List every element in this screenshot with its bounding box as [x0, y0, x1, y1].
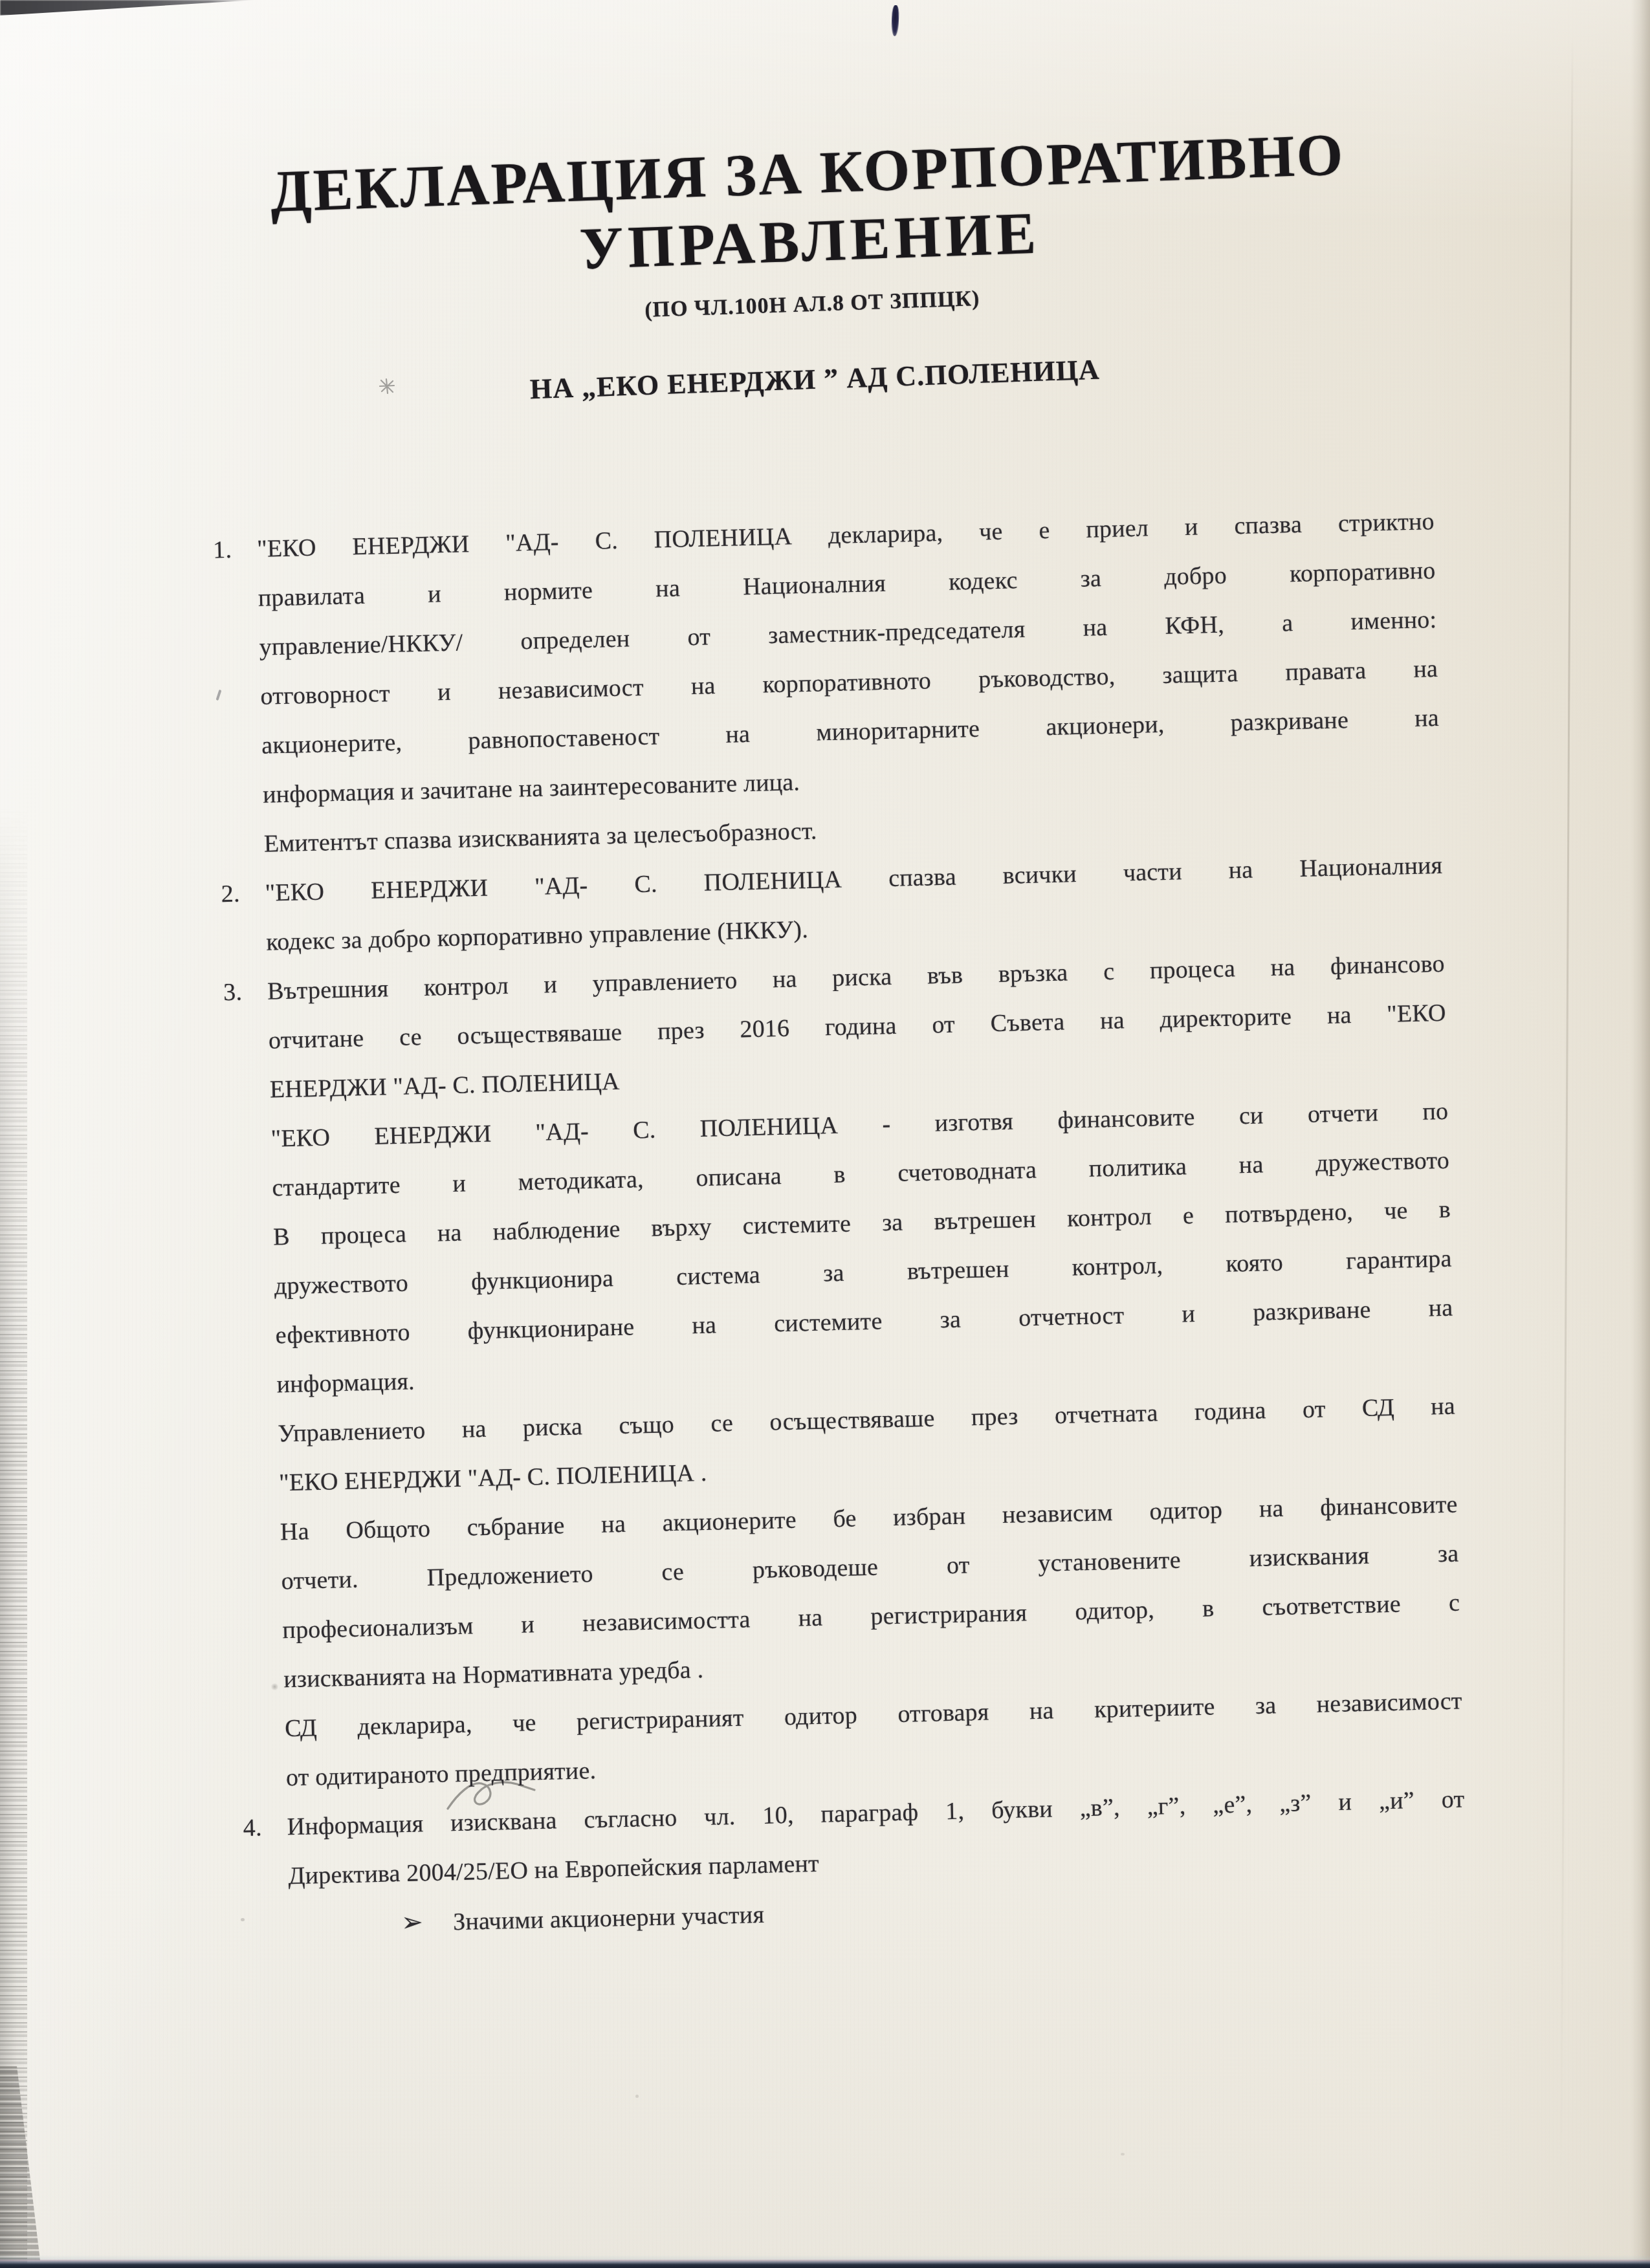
item-number: 4. [243, 1803, 263, 1853]
item-number: 3. [223, 968, 243, 1018]
bullet-item-label: Значими акционерни участия [453, 1901, 765, 1935]
item-number: 2. [221, 869, 241, 919]
company-name-line: НА „ЕКО ЕНЕРДЖИ ” АД С.ПОЛЕНИЦА [0, 331, 1640, 428]
scanned-document-page: ДЕКЛАРАЦИЯ ЗА КОРПОРАТИВНО УПРАВЛЕНИЕ (П… [0, 0, 1650, 2268]
scan-edge-bottom-line [0, 2260, 1650, 2268]
item-number: 1. [212, 525, 232, 575]
document-header: ДЕКЛАРАЦИЯ ЗА КОРПОРАТИВНО УПРАВЛЕНИЕ (П… [0, 98, 1640, 428]
ink-mark-top [891, 5, 899, 36]
list-item-4: 4. Информация изисквана съгласно чл. 10,… [237, 1774, 1468, 1951]
dust-speck [635, 2095, 639, 2098]
scan-edge-left-shadow [0, 809, 27, 2268]
scan-edge-bottom-left-shadow [0, 2066, 40, 2260]
document-body: 1. "ЕКО ЕНЕРДЖИ "АД- С. ПОЛЕНИЦА деклари… [207, 497, 1467, 1951]
scan-edge-bottom-glow [0, 2255, 1650, 2260]
list-item-1: 1. "ЕКО ЕНЕРДЖИ "АД- С. ПОЛЕНИЦА деклари… [207, 497, 1442, 870]
arrow-bullet-icon: ➢ [401, 1897, 454, 1947]
dust-speck [1121, 2153, 1125, 2155]
scan-edge-top-left-shadow [0, 0, 256, 16]
list-item-3: 3. Вътрешния контрол и управлението на р… [217, 939, 1464, 1804]
